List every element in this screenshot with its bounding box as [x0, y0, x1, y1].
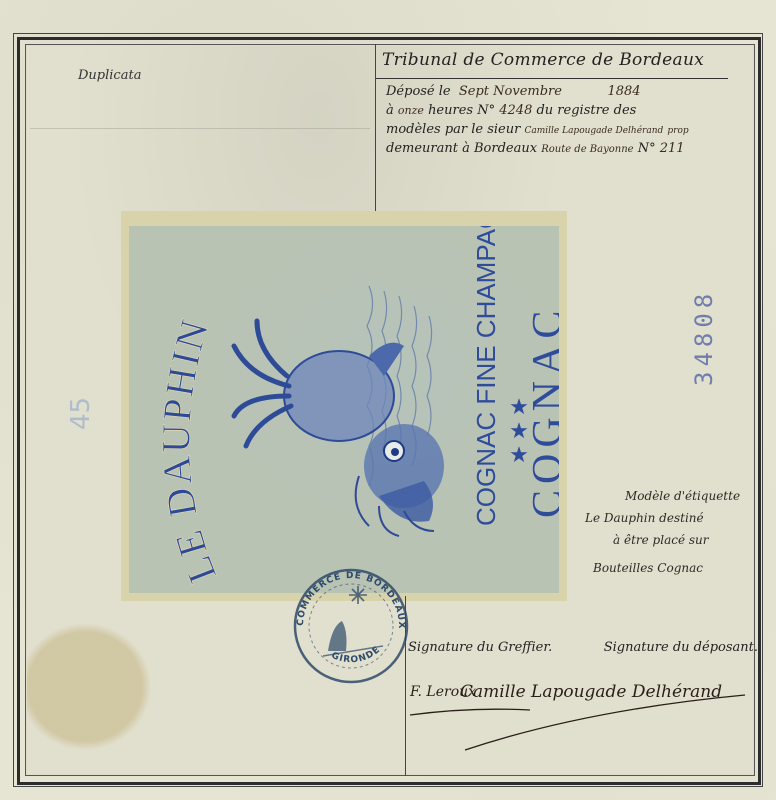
- depositor-role: prop: [667, 126, 688, 136]
- signature-labels: Signature du Greffier. Signature du dépo…: [408, 640, 758, 655]
- registry-line-residence: demeurant à Bordeaux Route de Bayonne N°…: [386, 141, 746, 160]
- residence-street: Route de Bayonne: [541, 144, 633, 155]
- street-number: 211: [660, 141, 685, 156]
- note-line: Modèle d'étiquette: [585, 485, 765, 507]
- duplicata-annotation: Duplicata: [78, 68, 141, 83]
- signature-flourish: [405, 670, 765, 760]
- seal-top-text: COMMERCE DE BORDEAUX: [296, 571, 406, 630]
- hour-prefix: à: [386, 103, 394, 118]
- registry-text: du registre des: [536, 103, 636, 118]
- fold-line: [30, 128, 370, 129]
- hour-suffix: heures: [428, 103, 473, 118]
- deposit-hour: onze: [398, 104, 424, 117]
- cognac-label: LE DAUPHIN: [129, 226, 559, 593]
- model-note: Modèle d'étiquette Le Dauphin destiné à …: [585, 485, 765, 579]
- street-number-label: N°: [638, 141, 656, 156]
- label-product: COGNAC: [524, 305, 559, 518]
- brand-title-text: LE DAUPHIN: [153, 313, 225, 586]
- depositor-name: Camille Lapougade Delhérand: [524, 126, 663, 136]
- registry-line-date: Déposé le Sept Novembre 1884: [386, 84, 746, 103]
- registry-number: 4248: [499, 103, 532, 118]
- deposit-year: 1884: [607, 84, 640, 99]
- pencil-mark: 45: [66, 397, 96, 430]
- registry-line-depositor: modèles par le sieur Camille Lapougade D…: [386, 122, 746, 141]
- document-sheet: Duplicata Tribunal de Commerce de Bordea…: [0, 0, 776, 800]
- registry-title-rule: [376, 78, 728, 79]
- registry-line-hour: à onze heures N° 4248 du registre des: [386, 103, 746, 122]
- models-text: modèles par le sieur: [386, 122, 520, 137]
- svg-text:COMMERCE DE BORDEAUX: COMMERCE DE BORDEAUX: [296, 571, 406, 630]
- registry-title: Tribunal de Commerce de Bordeaux: [382, 50, 752, 70]
- depositor-signature-label: Signature du déposant.: [604, 640, 758, 655]
- svg-text:LE DAUPHIN: LE DAUPHIN: [153, 313, 225, 586]
- tribunal-seal: COMMERCE DE BORDEAUX GIRONDE: [288, 566, 414, 686]
- note-line: Le Dauphin destiné: [585, 507, 765, 529]
- deposit-date: Sept Novembre: [459, 84, 562, 99]
- clerk-signature-label: Signature du Greffier.: [408, 640, 552, 655]
- registry-entry: Déposé le Sept Novembre 1884 à onze heur…: [386, 84, 746, 160]
- stamped-number: 34808: [690, 289, 718, 386]
- residence-text: demeurant à Bordeaux: [386, 141, 537, 156]
- number-label: N°: [477, 103, 495, 118]
- deposit-label: Déposé le: [386, 84, 451, 99]
- note-line: à être placé sur: [585, 529, 765, 551]
- dolphin-illustration: [229, 266, 469, 546]
- note-line: Bouteilles Cognac: [585, 557, 765, 579]
